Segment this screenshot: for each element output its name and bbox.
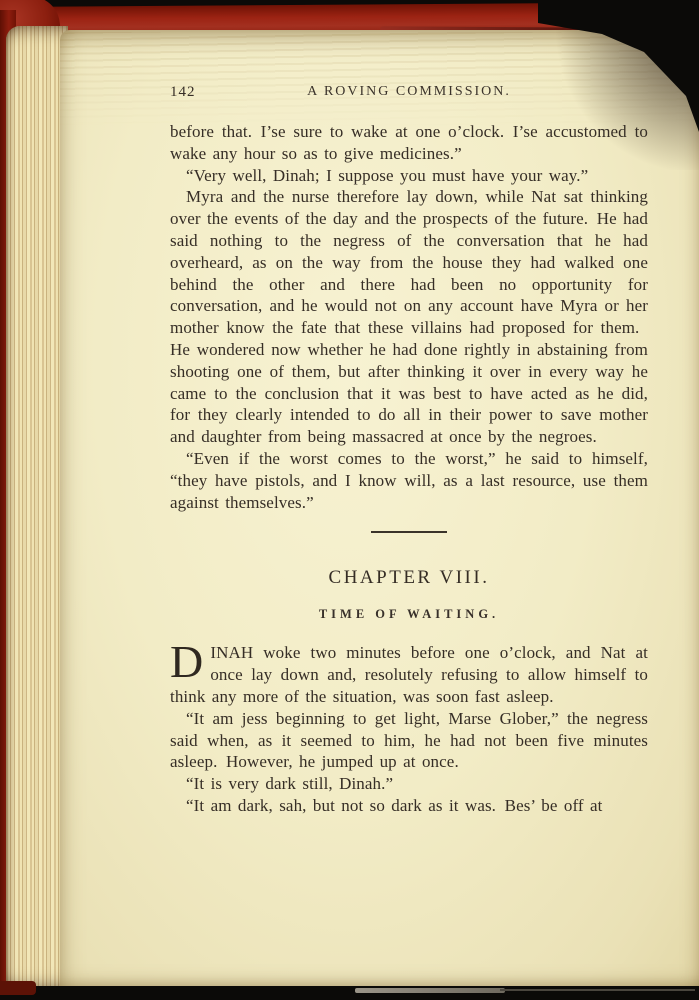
book-cover-bottom-corner [0, 981, 36, 995]
running-head: A ROVING COMMISSION. [170, 84, 648, 100]
paragraph: “It am dark, sah, but not so dark as it … [170, 795, 648, 817]
section-divider [371, 531, 447, 533]
drop-cap-word-rest: INAH [210, 643, 253, 662]
chapter-subtitle: TIME OF WAITING. [170, 607, 648, 622]
paragraph: “It am jess beginning to get light, Mars… [170, 708, 648, 773]
page-header: 142 A ROVING COMMISSION. [170, 84, 648, 102]
book-page: 142 A ROVING COMMISSION. before that. I’… [60, 30, 699, 986]
page-number: 142 [170, 84, 196, 101]
paragraph: Myra and the nurse therefore lay down, w… [170, 186, 648, 448]
drop-cap: D [170, 642, 210, 680]
paragraph: “Very well, Dinah; I suppose you must ha… [170, 165, 648, 187]
paragraph: before that. I’se sure to wake at one o’… [170, 121, 648, 165]
paragraph: DINAH woke two minutes before one o’cloc… [170, 642, 648, 707]
scanned-book-photo: 142 A ROVING COMMISSION. before that. I’… [0, 0, 699, 1000]
paragraph: “It is very dark still, Dinah.” [170, 773, 648, 795]
page-content: 142 A ROVING COMMISSION. before that. I’… [60, 30, 699, 817]
table-edge-line [500, 989, 695, 991]
chapter-heading: CHAPTER VIII. [170, 567, 648, 589]
page-fore-edge-stack [6, 26, 68, 992]
paragraph: “Even if the worst comes to the worst,” … [170, 448, 648, 513]
table-edge-highlight [355, 988, 505, 993]
